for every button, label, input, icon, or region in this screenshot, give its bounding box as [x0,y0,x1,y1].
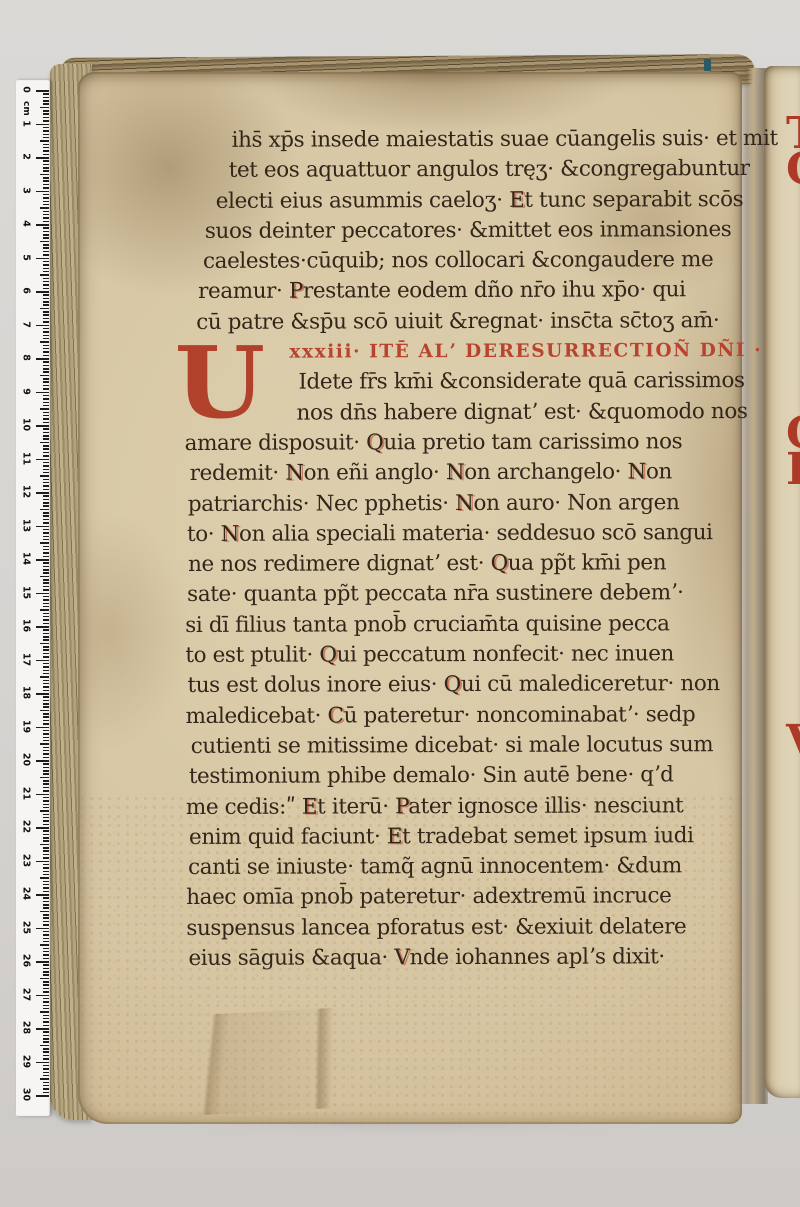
text-line: maledicebat· Cū pateretur· noncominabatʼ… [186,700,751,732]
ruler-tick [43,914,49,916]
ruler-tick [36,760,49,762]
ruler-tick [43,636,49,638]
text-line: redemit· Non eñi anglo· Non archangelo· … [190,457,750,489]
ruler-tick [43,974,49,976]
ruler-tick [43,304,49,306]
ruler-tick [43,348,49,350]
ruler-tick [43,958,49,960]
ruler-tick [43,167,49,169]
ruler-tick [43,921,49,923]
ruler-number: 13 [21,518,32,532]
ruler-tick [43,1092,49,1094]
manuscript-photo: TCCPV 0123456789101112131415161718192021… [0,0,800,1207]
ruler-tick [43,1025,49,1027]
ruler-tick [40,944,49,946]
ruler-tick [43,857,49,859]
ruler-tick [40,1011,49,1013]
ruler-tick [43,673,49,675]
ruler-tick [43,345,49,347]
ruler-tick [40,1078,49,1080]
ruler-tick [36,961,49,963]
ruler-tick [43,770,49,772]
ruler-tick [36,995,49,997]
ruler-tick [40,844,49,846]
text-line: to est ptulit· Qui peccatum nonfecit· ne… [185,639,750,671]
ruler-tick [40,676,49,678]
ruler-tick [40,777,49,779]
ruler-tick [43,723,49,725]
ruler-tick [43,968,49,970]
ruler-tick [43,100,49,102]
ruler-tick [43,1051,49,1053]
ruler-tick [43,680,49,682]
ruler-tick [43,720,49,722]
ruler-tick [43,1005,49,1007]
ruler-tick [40,274,49,276]
ruler-tick [43,546,49,548]
ruler-tick [43,268,49,270]
ruler-tick [36,559,49,561]
ruler-tick [40,207,49,209]
ruler-tick [43,603,49,605]
ruler-number: 30 [21,1088,32,1102]
ruler-tick [43,572,49,574]
text-line: si dī filius tanta pnob̄ cruciam̄ta quis… [185,609,750,641]
ruler-tick [40,877,49,879]
ruler-number: 9 [21,384,32,398]
text-line: tet eos aquattuor angulos tręʒ· &congreg… [229,154,749,186]
ruler-tick [43,964,49,966]
ruler-number: 29 [21,1054,32,1068]
ruler-tick [40,810,49,812]
ruler-tick [43,485,49,487]
ruler-tick [43,184,49,186]
ruler-tick [43,234,49,236]
ruler-tick [40,978,49,980]
ruler-tick [43,951,49,953]
ruler-tick [43,365,49,367]
ruler-tick [43,522,49,524]
ruler-tick [43,445,49,447]
ruler-tick [43,653,49,655]
ruler-tick [43,103,49,105]
ruler-tick [36,425,49,427]
ruler-tick [43,690,49,692]
ruler-tick [43,422,49,424]
ruler-tick [43,747,49,749]
ruler-tick [43,254,49,256]
ruler-tick [43,1068,49,1070]
ruler-tick [36,593,49,595]
ruler-unit-label: cm [21,101,31,115]
ruler-tick [36,90,49,92]
ruler-number: 17 [21,652,32,666]
ruler-tick [43,462,49,464]
ruler-tick [43,599,49,601]
ruler-tick [43,227,49,229]
ruler-tick [43,134,49,136]
ruler-number: 24 [21,887,32,901]
ruler-tick [43,351,49,353]
ruler-tick [43,194,49,196]
ruler-tick [36,492,49,494]
ruler-tick [43,733,49,735]
ruler-tick [43,378,49,380]
ruler-tick [43,941,49,943]
ruler-tick [43,321,49,323]
ruler-tick [43,519,49,521]
ruler-tick [43,385,49,387]
ruler-tick [43,1058,49,1060]
ruler-tick [40,710,49,712]
ruler-tick [40,576,49,578]
ruler-tick [43,130,49,132]
ruler-tick [43,314,49,316]
ruler-tick [43,452,49,454]
rubric-line: xxxiii· ITĒ ALʼ DERESURRECTIOÑ DÑI · [289,336,749,368]
ruler-tick [43,1038,49,1040]
ruler-tick [43,884,49,886]
ruler-tick [36,392,49,394]
ruler-tick [43,864,49,866]
ruler-number: 0 [21,83,32,97]
ruler-tick [43,616,49,618]
ruler-tick [43,170,49,172]
ruler-tick [43,800,49,802]
ruler-tick [43,247,49,249]
ruler-tick [43,924,49,926]
ruler-tick [36,794,49,796]
ruler-tick [43,402,49,404]
ruler-tick [43,479,49,481]
ruler-number: 6 [21,284,32,298]
ruler-tick [43,217,49,219]
ruler-tick [43,388,49,390]
ruler-tick [43,783,49,785]
ruler-tick [36,191,49,193]
ruler-tick [43,502,49,504]
ruler-tick [43,683,49,685]
ruler-tick [36,827,49,829]
ruler-number: 1 [21,116,32,130]
ruler-tick [43,757,49,759]
text-line: me cedis:ʺ Et iterū· Pater ignosce illis… [186,791,751,823]
ruler-tick [43,398,49,400]
ruler-tick [43,532,49,534]
ruler-tick [43,556,49,558]
ruler-tick [40,542,49,544]
ruler-tick [43,147,49,149]
ruler-tick [43,850,49,852]
text-line: Idete fr̄s km̄i &considerate quā carissi… [298,366,749,398]
ruler-tick [43,328,49,330]
ruler-tick [43,371,49,373]
ruler-tick [43,907,49,909]
ruler-number: 16 [21,619,32,633]
ruler-tick [43,737,49,739]
ruler-number: 8 [21,351,32,365]
ruler-tick [40,308,49,310]
ruler-tick [43,613,49,615]
ruler-tick [43,549,49,551]
ruler-number: 23 [21,853,32,867]
ruler-tick [43,820,49,822]
ruler-tick [43,278,49,280]
ruler-tick [43,536,49,538]
ruler-tick [43,954,49,956]
text-line: ne nos redimere dignatʼ est· Qua pp̃t km… [188,548,750,580]
text-line: suos deinter peccatores· &mittet eos inm… [205,215,749,247]
ruler-tick [43,1048,49,1050]
text-line: to· Non alia speciali materia· seddesuo … [187,518,750,550]
ruler-tick [43,127,49,129]
ruler-tick [36,325,49,327]
text-line: sate· quanta pp̃t peccata nr̄a sustinere… [187,578,750,610]
ruler-tick [43,415,49,417]
ruler-tick [43,814,49,816]
ruler-tick [40,442,49,444]
text-line: patriarchis· Nec pphetis· Non auro· Non … [188,488,750,520]
text-line: cutienti se mitissime dicebat· si male l… [191,730,751,762]
ruler-tick [43,505,49,507]
ruler-tick [43,180,49,182]
ruler-tick [43,854,49,856]
ruler-tick [36,693,49,695]
ruler-tick [43,891,49,893]
ruler-tick [43,455,49,457]
ruler-tick [43,472,49,474]
ruler-tick [43,629,49,631]
ruler-tick [43,703,49,705]
text-line: haec omīa pnob̄ pateretur· adextremū inc… [186,881,751,913]
ruler-tick [43,971,49,973]
text-line: electi eius asummis caeloʒ· Et tunc sepa… [216,185,749,217]
ruler-tick [43,187,49,189]
ruler-tick [40,609,49,611]
ruler-tick [36,660,49,662]
ruler-tick [43,1041,49,1043]
ruler-tick [43,515,49,517]
red-initial-fragment: P [786,450,800,490]
ruler-tick [43,110,49,112]
ruler-tick [43,579,49,581]
ruler-tick [43,984,49,986]
ruler-tick [43,294,49,296]
ruler-tick [43,489,49,491]
ruler-tick [43,656,49,658]
ruler-tick [43,582,49,584]
ruler-tick [43,740,49,742]
ruler-tick [43,1021,49,1023]
ruler-tick [43,160,49,162]
ruler-tick [43,1075,49,1077]
ruler-tick [43,197,49,199]
ruler-tick [43,763,49,765]
ruler-tick [43,847,49,849]
ruler-tick [43,1031,49,1033]
ruler-tick [40,107,49,109]
ruler-tick [43,938,49,940]
ruler-tick [43,338,49,340]
ruler-tick [43,113,49,115]
ruler-tick [43,1055,49,1057]
ruler-tick [43,566,49,568]
ruler-tick [36,861,49,863]
ruler-tick [43,817,49,819]
ruler-tick [43,311,49,313]
ruler-tick [40,475,49,477]
ruler-tick [43,1085,49,1087]
ruler-tick [43,670,49,672]
ruler-tick [40,140,49,142]
ruler-tick [43,144,49,146]
text-line: testimonium phibe demalo· Sin autē bene·… [189,760,751,792]
ruler-tick [43,633,49,635]
ruler-tick [43,663,49,665]
ruler-tick [43,204,49,206]
ruler-tick [43,787,49,789]
ruler-tick [36,459,49,461]
ruler-tick [43,201,49,203]
ruler-tick [43,281,49,283]
ruler-tick [43,666,49,668]
ruler-tick [43,271,49,273]
ruler-tick [43,335,49,337]
ruler-tick [43,773,49,775]
bookmark-tab [704,59,711,71]
text-line: canti se iniuste· tamq̃ agnū innocentem·… [188,851,751,883]
ruler-tick [43,874,49,876]
ruler-tick [36,1095,49,1097]
ruler-tick [43,686,49,688]
ruler-number: 22 [21,820,32,834]
ruler-tick [36,1028,49,1030]
ruler-tick [43,418,49,420]
ruler-tick [43,93,49,95]
ruler-tick [40,341,49,343]
ruler-number: 21 [21,786,32,800]
ruler-tick [43,706,49,708]
ruler-number: 28 [21,1021,32,1035]
ruler-tick [43,97,49,99]
ruler-number: 4 [21,217,32,231]
ruler-tick [43,824,49,826]
ruler-tick [43,1065,49,1067]
ruler-tick [43,750,49,752]
text-line: caelestes·cūquib; nos collocari &congaud… [203,245,749,277]
ruler-tick [43,981,49,983]
ruler-tick [40,241,49,243]
ruler-tick [43,931,49,933]
ruler-tick [40,408,49,410]
ruler-tick [43,529,49,531]
ruler-tick [43,639,49,641]
ruler-tick [43,887,49,889]
ruler-number: 3 [21,183,32,197]
ruler-tick [36,224,49,226]
ruler-tick [43,1082,49,1084]
ruler-tick [36,928,49,930]
ruler-tick [43,221,49,223]
ruler-tick [43,837,49,839]
ruler-tick [43,606,49,608]
ruler-number: 5 [21,250,32,264]
ruler-tick [40,743,49,745]
ruler-tick [40,375,49,377]
ruler-number: 18 [21,686,32,700]
ruler-tick [36,894,49,896]
ruler-tick [43,998,49,1000]
ruler-tick [40,911,49,913]
ruler-tick [43,237,49,239]
ruler-tick [43,991,49,993]
text-line: enim quid faciunt· Et tradebat semet ips… [189,821,751,853]
ruler-tick [40,509,49,511]
ruler-tick [43,917,49,919]
ruler-tick [43,499,49,501]
ruler-tick [43,177,49,179]
ruler-tick [43,569,49,571]
ruler-tick [43,264,49,266]
text-line: eius sāguis &aqua· Vnde iohannes aplʼs d… [188,942,751,974]
ruler-tick [43,298,49,300]
ruler-tick [43,211,49,213]
ruler-tick [43,1018,49,1020]
ruler-tick [43,619,49,621]
ruler-tick [43,482,49,484]
ruler-tick [43,562,49,564]
ruler-number: 11 [21,451,32,465]
ruler-tick [43,790,49,792]
ruler-tick [43,830,49,832]
ruler-number: 2 [21,150,32,164]
ruler-tick [43,730,49,732]
ruler-tick [43,539,49,541]
ruler-tick [43,596,49,598]
ruler-number: 25 [21,920,32,934]
ruler-tick [43,586,49,588]
ruler-tick [43,368,49,370]
illuminated-initial-U: U [175,341,298,437]
red-initial-fragment: C [786,150,800,190]
ruler-tick [43,1035,49,1037]
ruler-tick [43,1088,49,1090]
ruler-tick [43,438,49,440]
ruler-tick [40,1045,49,1047]
ruler-tick [43,1072,49,1074]
ruler-tick [43,1008,49,1010]
text-line: tus est dolus inore eius· Qui cū maledic… [187,669,750,701]
red-initial-fragment: V [786,722,800,762]
ruler-tick [43,881,49,883]
ruler-tick [36,291,49,293]
text-line: ihs̄ xp̄s insede maiestatis suae cūangel… [232,124,749,156]
ruler-tick [43,318,49,320]
text-block: ihs̄ xp̄s insede maiestatis suae cūangel… [184,124,752,974]
ruler-tick [43,512,49,514]
ruler-tick [43,301,49,303]
ruler-tick [43,331,49,333]
ruler-tick [43,623,49,625]
ruler-tick [43,432,49,434]
ruler-tick [40,643,49,645]
ruler-number: 10 [21,418,32,432]
ruler-tick [43,164,49,166]
ruler-tick [40,174,49,176]
ruler-tick [43,154,49,156]
ruler-number: 27 [21,987,32,1001]
ruler-number: 26 [21,954,32,968]
